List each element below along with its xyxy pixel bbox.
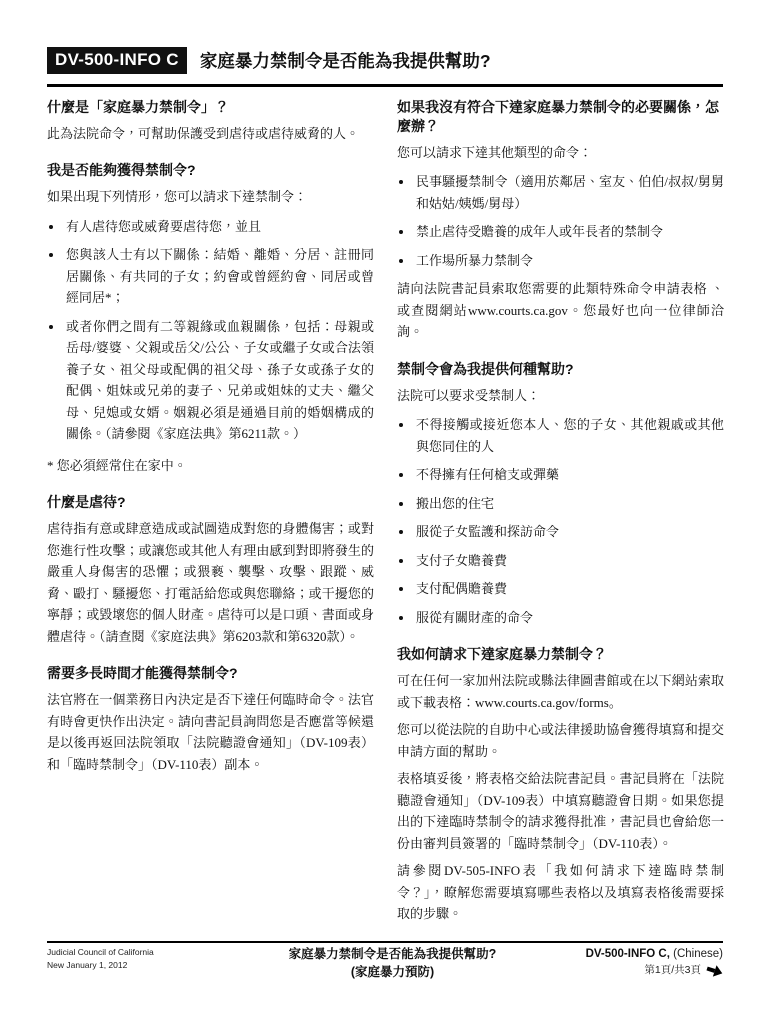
footer-center: 家庭暴力禁制令是否能為我提供幫助? (家庭暴力預防) bbox=[247, 946, 538, 981]
section-intro: 您可以請求下達其他類型的命令： bbox=[397, 142, 724, 164]
footer-subtitle: (家庭暴力預防) bbox=[247, 964, 538, 982]
list-item: 搬出您的住宅 bbox=[414, 493, 724, 515]
footer-title: 家庭暴力禁制令是否能為我提供幫助? bbox=[247, 946, 538, 964]
section-heading: 什麼是虐待? bbox=[47, 493, 374, 512]
section-body: 可在任何一家加州法院或縣法律圖書館或在以下網站索取或下載表格：www.court… bbox=[397, 670, 724, 713]
page-number: 第1頁/共3頁 bbox=[644, 963, 701, 978]
section-heading: 我是否能夠獲得禁制令? bbox=[47, 161, 374, 180]
bullet-list: 不得接觸或接近您本人、您的子女、其他親戚或其他與您同住的人 不得擁有任何槍支或彈… bbox=[397, 414, 724, 628]
section-body: 此為法院命令，可幫助保護受到虐待或虐待威脅的人。 bbox=[47, 123, 374, 145]
section-heading: 什麼是「家庭暴力禁制令」？ bbox=[47, 98, 374, 117]
right-column: 如果我沒有符合下達家庭暴力禁制令的必要關係，怎麼辦？ 您可以請求下達其他類型的命… bbox=[397, 93, 724, 931]
section-heading: 需要多長時間才能獲得禁制令? bbox=[47, 664, 374, 683]
list-item: 不得擁有任何槍支或彈藥 bbox=[414, 464, 724, 486]
section-body: 請向法院書記員索取您需要的此類特殊命令申請表格 、或查閱網站www.courts… bbox=[397, 278, 724, 343]
document-page: DV-500-INFO C 家庭暴力禁制令是否能為我提供幫助? 什麼是「家庭暴力… bbox=[0, 0, 770, 1024]
footnote: * 您必須經常住在家中。 bbox=[47, 455, 374, 477]
footer-form-number: DV-500-INFO C, bbox=[586, 948, 670, 960]
section-body: 請參閱DV-505-INFO表「我如何請求下達臨時禁制令？」，瞭解您需要填寫哪些… bbox=[397, 860, 724, 925]
section-what-is-dvro: 什麼是「家庭暴力禁制令」？ 此為法院命令，可幫助保護受到虐待或虐待威脅的人。 bbox=[47, 98, 374, 144]
section-heading: 如果我沒有符合下達家庭暴力禁制令的必要關係，怎麼辦？ bbox=[397, 98, 724, 136]
footer-right: DV-500-INFO C, (Chinese) 第1頁/共3頁 bbox=[538, 946, 723, 978]
list-item: 工作場所暴力禁制令 bbox=[414, 250, 724, 272]
header-divider bbox=[47, 84, 723, 87]
section-body: 虐待指有意或肆意造成或試圖造成對您的身體傷害；或對您進行性攻擊；或讓您或其他人有… bbox=[47, 518, 374, 647]
list-item: 服從子女監護和探訪命令 bbox=[414, 521, 724, 543]
section-body: 表格填妥後，將表格交給法院書記員。書記員將在「法院聽證會通知」（DV-109表）… bbox=[397, 768, 724, 854]
footer-page-info-line: 第1頁/共3頁 bbox=[538, 963, 723, 978]
section-what-is-abuse: 什麼是虐待? 虐待指有意或肆意造成或試圖造成對您的身體傷害；或對您進行性攻擊；或… bbox=[47, 493, 374, 647]
section-intro: 法院可以要求受禁制人： bbox=[397, 385, 724, 407]
list-item: 服從有關財產的命令 bbox=[414, 607, 724, 629]
footer-form-ref-line: DV-500-INFO C, (Chinese) bbox=[538, 946, 723, 963]
content-columns: 什麼是「家庭暴力禁制令」？ 此為法院命令，可幫助保護受到虐待或虐待威脅的人。 我… bbox=[47, 93, 724, 931]
section-body: 您可以從法院的自助中心或法律援助協會獲得填寫和提交申請方面的幫助。 bbox=[397, 719, 724, 762]
footer-revision-date: New January 1, 2012 bbox=[47, 959, 247, 972]
footer-org: Judicial Council of California bbox=[47, 946, 247, 959]
section-intro: 如果出現下列情形，您可以請求下達禁制令： bbox=[47, 186, 374, 208]
bullet-list: 民事騷擾禁制令（適用於鄰居、室友、伯伯/叔叔/舅舅和姑姑/姨媽/舅母） 禁止虐待… bbox=[397, 171, 724, 271]
list-item: 有人虐待您或威脅要虐待您，並且 bbox=[64, 216, 374, 238]
left-column: 什麼是「家庭暴力禁制令」？ 此為法院命令，可幫助保護受到虐待或虐待威脅的人。 我… bbox=[47, 93, 374, 931]
form-number-badge: DV-500-INFO C bbox=[47, 47, 187, 74]
section-heading: 禁制令會為我提供何種幫助? bbox=[397, 360, 724, 379]
footer-left: Judicial Council of California New Janua… bbox=[47, 946, 247, 972]
section-no-relationship: 如果我沒有符合下達家庭暴力禁制令的必要關係，怎麼辦？ 您可以請求下達其他類型的命… bbox=[397, 98, 724, 343]
footer-language: (Chinese) bbox=[670, 948, 723, 960]
section-how-to-ask: 我如何請求下達家庭暴力禁制令？ 可在任何一家加州法院或縣法律圖書館或在以下網站索… bbox=[397, 645, 724, 924]
section-can-i-get-order: 我是否能夠獲得禁制令? 如果出現下列情形，您可以請求下達禁制令： 有人虐待您或威… bbox=[47, 161, 374, 476]
page-footer: Judicial Council of California New Janua… bbox=[47, 941, 723, 981]
list-item: 支付子女贍養費 bbox=[414, 550, 724, 572]
list-item: 不得接觸或接近您本人、您的子女、其他親戚或其他與您同住的人 bbox=[414, 414, 724, 457]
section-what-help: 禁制令會為我提供何種幫助? 法院可以要求受禁制人： 不得接觸或接近您本人、您的子… bbox=[397, 360, 724, 628]
section-how-long: 需要多長時間才能獲得禁制令? 法官將在一個業務日內決定是否下達任何臨時命令。法官… bbox=[47, 664, 374, 775]
page-title: 家庭暴力禁制令是否能為我提供幫助? bbox=[200, 48, 491, 73]
next-page-arrow-icon bbox=[705, 963, 724, 979]
list-item: 或者你們之間有二等親緣或血親關係，包括：母親或岳母/婆婆、父親或岳父/公公、子女… bbox=[64, 316, 374, 445]
list-item: 民事騷擾禁制令（適用於鄰居、室友、伯伯/叔叔/舅舅和姑姑/姨媽/舅母） bbox=[414, 171, 724, 214]
section-body: 法官將在一個業務日內決定是否下達任何臨時命令。法官有時會更快作出決定。請向書記員… bbox=[47, 689, 374, 775]
list-item: 支付配偶贍養費 bbox=[414, 578, 724, 600]
document-header: DV-500-INFO C 家庭暴力禁制令是否能為我提供幫助? bbox=[47, 47, 723, 74]
section-heading: 我如何請求下達家庭暴力禁制令？ bbox=[397, 645, 724, 664]
list-item: 禁止虐待受贍養的成年人或年長者的禁制令 bbox=[414, 221, 724, 243]
bullet-list: 有人虐待您或威脅要虐待您，並且 您與該人士有以下關係：結婚、離婚、分居、註冊同居… bbox=[47, 216, 374, 445]
list-item: 您與該人士有以下關係：結婚、離婚、分居、註冊同居關係、有共同的子女；約會或曾經約… bbox=[64, 244, 374, 309]
